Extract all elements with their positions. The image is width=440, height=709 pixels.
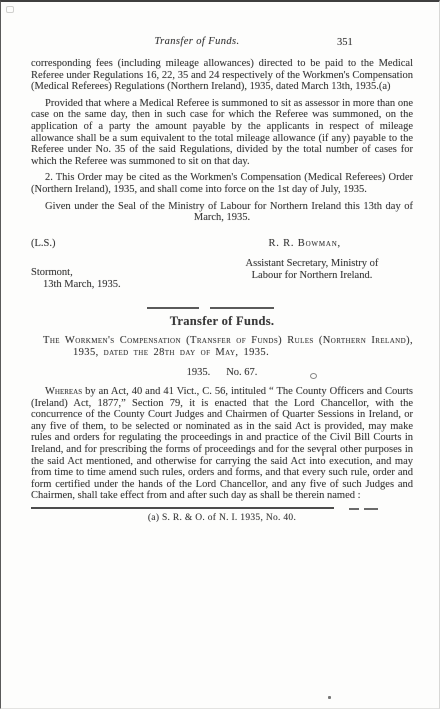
instrument-year: 1935. [187,367,211,378]
signature-row: (L.S.) R. R. Bowman, [31,238,413,250]
signatory-title-line1: Assistant Secretary, Ministry of [211,258,413,270]
footnote-rule-long-segment [31,507,334,509]
scan-artifact [322,451,324,456]
order-paragraph-proviso: Provided that where a Medical Referee is… [31,98,413,168]
rules-title: The Workmen's Compensation (Transfer of … [31,335,413,359]
order-paragraph-citation: 2. This Order may be cited as the Workme… [31,172,413,195]
signature-name: R. R. Bowman, [268,238,341,250]
footnote-separator-rule [31,507,413,511]
footnote-citation: (a) S. R. & O. of N. I. 1935, No. 40. [31,513,413,525]
scanned-document-page: Transfer of Funds. 351 corresponding fee… [0,0,440,709]
page-content: Transfer of Funds. 351 corresponding fee… [31,36,413,525]
date-line: 13th March, 1935. [31,279,181,291]
whereas-body-text: by an Act, 40 and 41 Vict., C. 56, intit… [31,386,413,501]
whereas-paragraph: Whereas by an Act, 40 and 41 Vict., C. 5… [31,386,413,502]
scan-artifact [6,6,14,13]
section-divider-rule [19,303,401,306]
place-date-block: Stormont, 13th March, 1935. [31,267,181,290]
section-heading: Transfer of Funds. [31,316,413,328]
footnote-rule-dash [349,508,359,510]
scan-artifact [328,696,331,699]
instrument-number: No. 67. [226,367,257,378]
seal-clause: Given under the Seal of the Ministry of … [31,201,413,224]
running-header: Transfer of Funds. 351 [31,36,413,52]
place-date-and-title-row: Stormont, 13th March, 1935. Assistant Se… [31,258,413,290]
signatory-title-line2: Labour for Northern Ireland. [211,270,413,282]
signatory-title-block: Assistant Secretary, Ministry of Labour … [181,258,413,290]
running-header-title: Transfer of Funds. [31,36,363,48]
order-paragraph-fees: corresponding fees (including mileage al… [31,58,413,93]
footnote-rule-dash [364,508,378,510]
page-number: 351 [337,37,353,49]
divider-segment [147,307,199,309]
scan-artifact [310,373,317,379]
divider-segment [210,307,274,309]
ls-seal-mark: (L.S.) [31,238,56,250]
whereas-lead-word: Whereas [45,386,82,397]
place-line: Stormont, [31,267,181,279]
instrument-number-line: 1935.No. 67. [31,367,413,379]
